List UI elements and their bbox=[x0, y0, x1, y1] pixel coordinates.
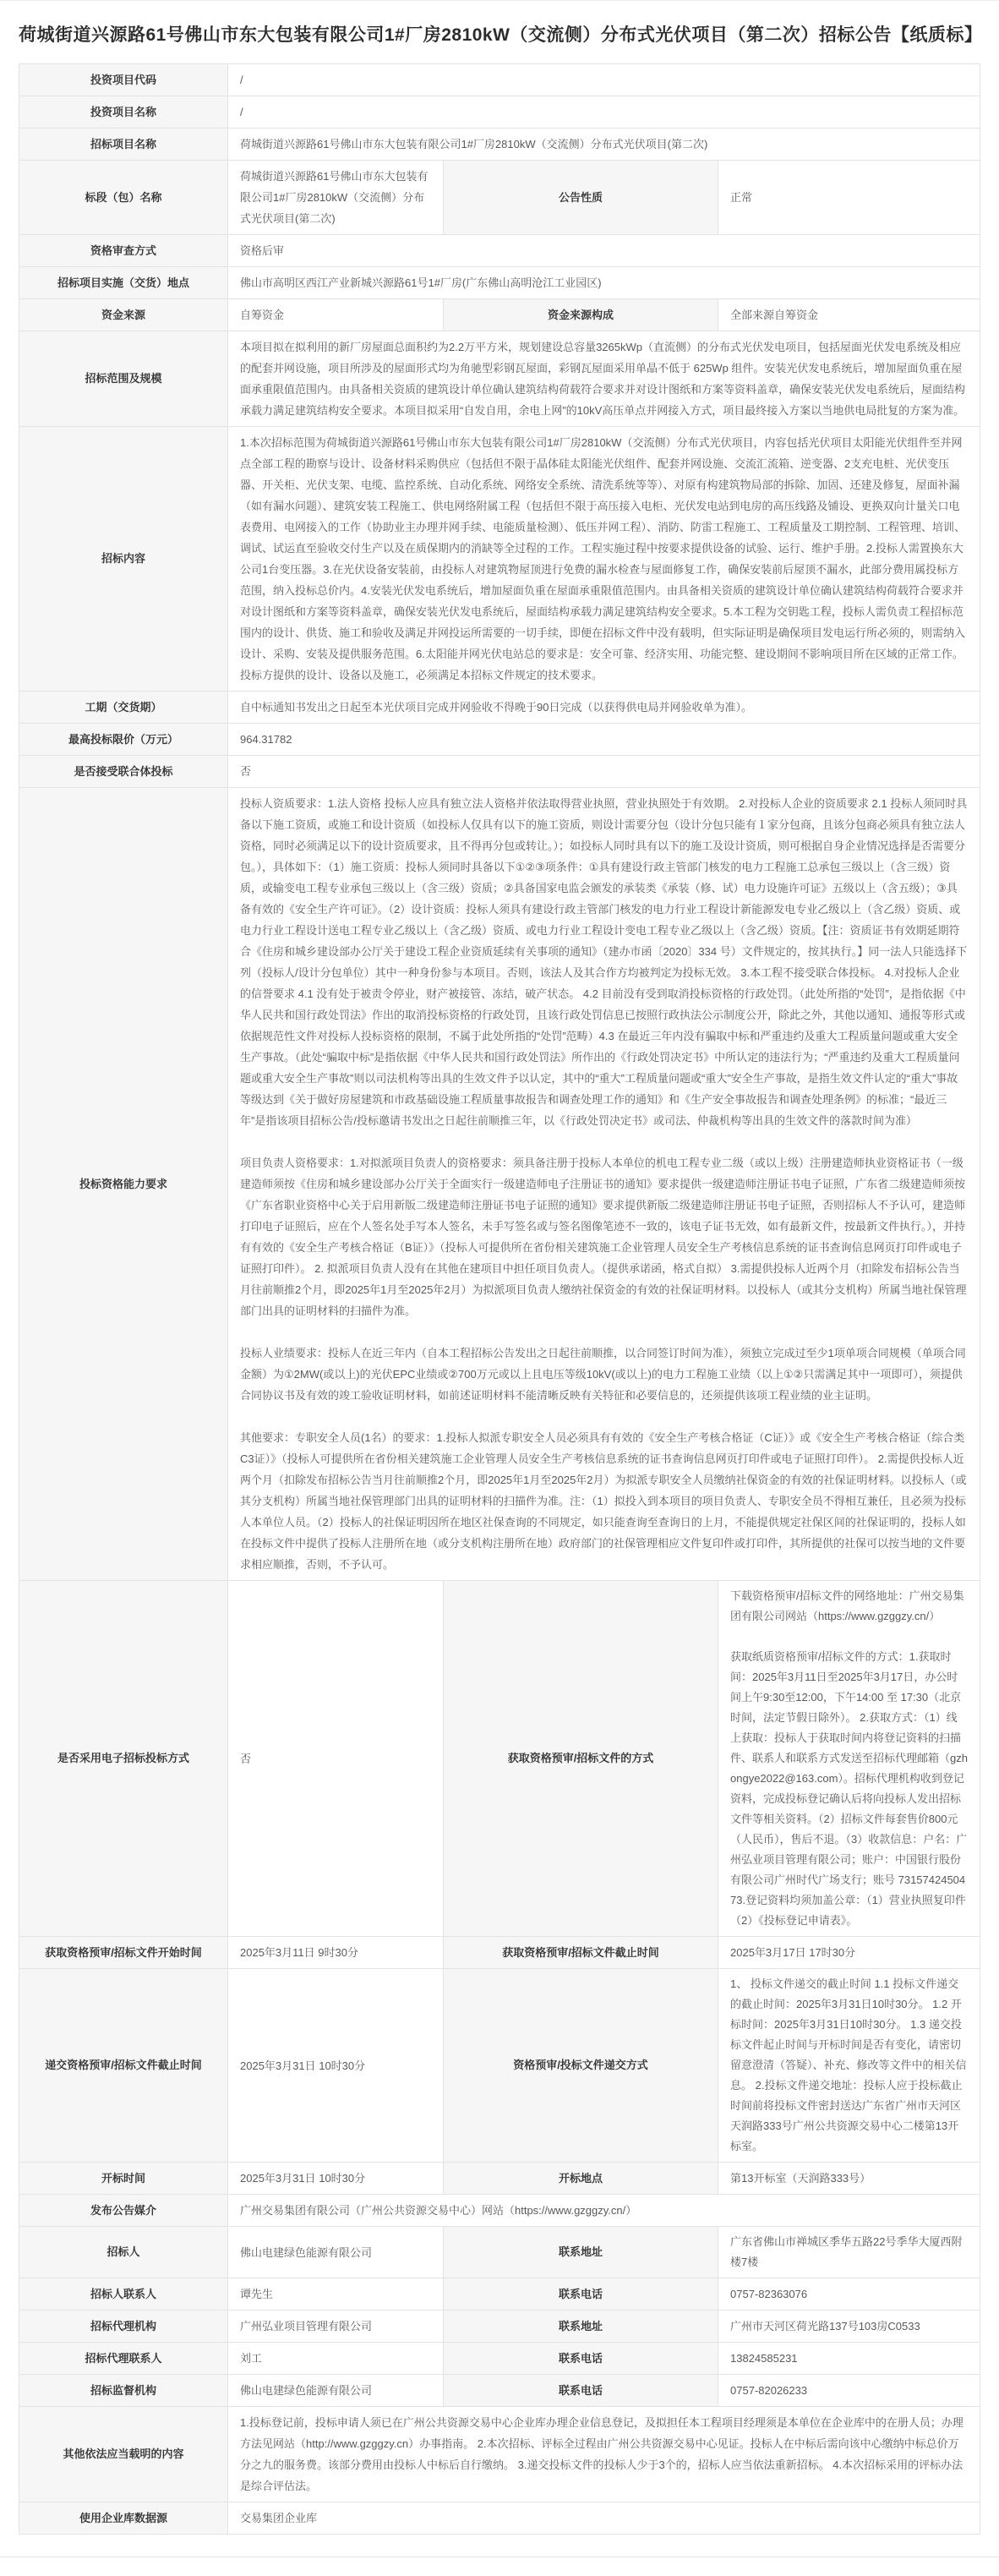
row-value-2: 0757-82026233 bbox=[718, 2375, 980, 2406]
row-value-text: 刘工 bbox=[240, 2348, 431, 2369]
table-row: 招标内容1.本次招标范围为荷城街道兴源路61号佛山市东大包装有限公司1#厂房28… bbox=[19, 427, 980, 692]
row-label: 招标监督机构 bbox=[19, 2375, 227, 2406]
table-row: 投资项目名称/ bbox=[19, 96, 980, 129]
table-row: 招标项目名称荷城街道兴源路61号佛山市东大包装有限公司1#厂房2810kW（交流… bbox=[19, 129, 980, 161]
row-label-2: 开标地点 bbox=[443, 2163, 718, 2194]
page-title: 荷城街道兴源路61号佛山市东大包装有限公司1#厂房2810kW（交流侧）分布式光… bbox=[19, 23, 980, 48]
row-value: 1.投标登记前，投标申请人须已在广州公共资源交易中心企业库办理企业信息登记，及拟… bbox=[227, 2407, 980, 2502]
row-value: 广州交易集团有限公司（广州公共资源交易中心）网站（https://www.gzg… bbox=[227, 2195, 980, 2226]
row-label-text: 招标项目名称 bbox=[90, 136, 156, 153]
footer-divider bbox=[0, 2557, 999, 2576]
row-label-text: 开标时间 bbox=[101, 2170, 145, 2187]
table-row: 发布公告媒介广州交易集团有限公司（广州公共资源交易中心）网站（https://w… bbox=[19, 2195, 980, 2227]
row-value-text: 自筹资金 bbox=[240, 304, 431, 325]
table-row: 开标时间2025年3月31日 10时30分开标地点第13开标室（天润路333号） bbox=[19, 2163, 980, 2195]
row-label-text: 是否接受联合体投标 bbox=[74, 763, 172, 780]
table-row: 招标代理联系人刘工联系电话13824585231 bbox=[19, 2343, 980, 2375]
row-value: 荷城街道兴源路61号佛山市东大包装有限公司1#厂房2810kW（交流侧）分布式光… bbox=[227, 161, 443, 234]
row-label: 工期（交货期） bbox=[19, 692, 227, 723]
table-row: 招标范围及规模本项目拟在拟利用的新厂房屋面总面积约为2.2万平方米，规划建设总容… bbox=[19, 331, 980, 427]
row-label-2-text: 联系地址 bbox=[559, 2318, 603, 2335]
row-value-text: 佛山电建绿色能源有限公司 bbox=[240, 2380, 431, 2401]
table-row: 使用企业库数据源交易集团企业库 bbox=[19, 2502, 980, 2535]
row-value-2: 全部来源自筹资金 bbox=[718, 299, 980, 331]
row-label-2-text: 联系电话 bbox=[559, 2286, 603, 2303]
row-label-text: 标段（包）名称 bbox=[85, 189, 161, 206]
row-value-2: 第13开标室（天润路333号） bbox=[718, 2163, 980, 2194]
row-label: 投资项目代码 bbox=[19, 64, 227, 96]
tender-info-table: 投资项目代码/投资项目名称/招标项目名称荷城街道兴源路61号佛山市东大包装有限公… bbox=[19, 63, 980, 2535]
row-value: 刘工 bbox=[227, 2343, 443, 2374]
row-label-2-text: 资金来源构成 bbox=[548, 307, 614, 324]
row-value-text: 964.31782 bbox=[240, 729, 968, 750]
page-top-divider bbox=[0, 0, 999, 1]
row-label: 资金来源 bbox=[19, 299, 227, 331]
row-label-text: 资格审查方式 bbox=[90, 243, 156, 260]
row-value: / bbox=[227, 64, 980, 96]
table-row: 招标人联系人谭先生联系电话0757-82363076 bbox=[19, 2278, 980, 2311]
row-label-text: 其他依法应当载明的内容 bbox=[63, 2446, 183, 2463]
row-value-text: 本项目拟在拟利用的新厂房屋面总面积约为2.2万平方米，规划建设总容量3265kW… bbox=[240, 336, 968, 421]
table-row: 标段（包）名称荷城街道兴源路61号佛山市东大包装有限公司1#厂房2810kW（交… bbox=[19, 161, 980, 235]
row-value-text: 佛山电建绿色能源有限公司 bbox=[240, 2242, 431, 2263]
row-value: 本项目拟在拟利用的新厂房屋面总面积约为2.2万平方米，规划建设总容量3265kW… bbox=[227, 331, 980, 426]
table-row: 资格审查方式资格后审 bbox=[19, 235, 980, 267]
row-value-2-text: 全部来源自筹资金 bbox=[730, 305, 968, 325]
row-value-2: 下载资格预审/招标文件的网络地址：广州交易集团有限公司网站（https://ww… bbox=[718, 1581, 980, 1936]
row-label-text: 招标范围及规模 bbox=[85, 370, 161, 387]
row-value: 投标人资质要求：1.法人资格 投标人应具有独立法人资格并依法取得营业执照，营业执… bbox=[227, 788, 980, 1580]
row-value-2: 1、 投标文件递交的截止时间 1.1 投标文件递交的截止时间：2025年3月31… bbox=[718, 1969, 980, 2162]
row-value-2-text: 0757-82026233 bbox=[730, 2381, 968, 2401]
row-label-2: 联系地址 bbox=[443, 2227, 718, 2278]
row-label-text: 招标代理机构 bbox=[90, 2318, 156, 2335]
row-label-2: 公告性质 bbox=[443, 161, 718, 234]
row-label: 招标项目实施（交货）地点 bbox=[19, 267, 227, 298]
row-value-2-text: 13824585231 bbox=[730, 2349, 968, 2369]
row-label: 开标时间 bbox=[19, 2163, 227, 2194]
table-row: 招标代理机构广州弘业项目管理有限公司联系地址广州市天河区荷光路137号103房C… bbox=[19, 2311, 980, 2343]
row-value: 佛山市高明区西江产业新城兴源路61号1#厂房(广东佛山高明沧江工业园区) bbox=[227, 267, 980, 298]
row-value-2-text: 1、 投标文件递交的截止时间 1.1 投标文件递交的截止时间：2025年3月31… bbox=[730, 1974, 968, 2157]
table-row: 投资项目代码/ bbox=[19, 64, 980, 96]
row-label-text: 投资项目名称 bbox=[90, 104, 156, 121]
row-value: 资格后审 bbox=[227, 235, 980, 266]
row-value: 广州弘业项目管理有限公司 bbox=[227, 2311, 443, 2342]
row-value-2-text: 2025年3月17日 17时30分 bbox=[730, 1943, 968, 1963]
row-value-2: 2025年3月17日 17时30分 bbox=[718, 1937, 980, 1968]
row-value-2-text: 第13开标室（天润路333号） bbox=[730, 2169, 968, 2189]
row-value-text: / bbox=[240, 101, 968, 123]
row-value: 2025年3月31日 10时30分 bbox=[227, 1969, 443, 2162]
row-label: 招标代理机构 bbox=[19, 2311, 227, 2342]
row-label-text: 最高投标限价（万元） bbox=[68, 731, 178, 748]
row-value-2: 广东省佛山市禅城区季华五路22号季华大厦西附楼7楼 bbox=[718, 2227, 980, 2278]
table-row: 是否接受联合体投标否 bbox=[19, 756, 980, 788]
row-label: 招标内容 bbox=[19, 427, 227, 691]
row-value-text: 广州交易集团有限公司（广州公共资源交易中心）网站（https://www.gzg… bbox=[240, 2200, 968, 2221]
row-label-text: 投标资格能力要求 bbox=[79, 1176, 167, 1193]
row-label-text: 招标人联系人 bbox=[90, 2286, 156, 2303]
row-label-2: 资格预审/投标文件递交方式 bbox=[443, 1969, 718, 2162]
row-label-2-text: 资格预审/投标文件递交方式 bbox=[513, 2057, 648, 2074]
row-value-text: / bbox=[240, 69, 968, 90]
row-value-2-text: 广州市天河区荷光路137号103房C0533 bbox=[730, 2316, 968, 2337]
row-label-2: 资金来源构成 bbox=[443, 299, 718, 331]
table-row: 获取资格预审/招标文件开始时间2025年3月11日 9时30分获取资格预审/招标… bbox=[19, 1937, 980, 1969]
row-value-text: 自中标通知书发出之日起至本光伏项目完成并网验收不得晚于90日完成（以获得供电局并… bbox=[240, 697, 968, 718]
table-row: 资金来源自筹资金资金来源构成全部来源自筹资金 bbox=[19, 299, 980, 331]
row-value-text: 1.投标登记前，投标申请人须已在广州公共资源交易中心企业库办理企业信息登记，及拟… bbox=[240, 2412, 968, 2497]
row-value-text: 交易集团企业库 bbox=[240, 2508, 968, 2529]
row-label-text: 资金来源 bbox=[101, 307, 145, 324]
row-value-text: 广州弘业项目管理有限公司 bbox=[240, 2316, 431, 2337]
row-value-text: 资格后审 bbox=[240, 240, 968, 261]
row-value: 否 bbox=[227, 756, 980, 787]
row-value: 荷城街道兴源路61号佛山市东大包装有限公司1#厂房2810kW（交流侧）分布式光… bbox=[227, 129, 980, 160]
row-value-text: 1.本次招标范围为荷城街道兴源路61号佛山市东大包装有限公司1#厂房2810kW… bbox=[240, 432, 968, 686]
row-value-2-text: 广东省佛山市禅城区季华五路22号季华大厦西附楼7楼 bbox=[730, 2232, 968, 2272]
row-label-text: 获取资格预审/招标文件开始时间 bbox=[45, 1944, 202, 1961]
table-row: 工期（交货期）自中标通知书发出之日起至本光伏项目完成并网验收不得晚于90日完成（… bbox=[19, 692, 980, 724]
row-value-2: 13824585231 bbox=[718, 2343, 980, 2374]
row-label-2: 联系地址 bbox=[443, 2311, 718, 2342]
row-label: 投资项目名称 bbox=[19, 96, 227, 128]
row-value: 交易集团企业库 bbox=[227, 2502, 980, 2534]
row-label: 招标代理联系人 bbox=[19, 2343, 227, 2374]
row-label: 招标人 bbox=[19, 2227, 227, 2278]
row-value-text: 佛山市高明区西江产业新城兴源路61号1#厂房(广东佛山高明沧江工业园区) bbox=[240, 272, 968, 293]
row-value: 谭先生 bbox=[227, 2278, 443, 2310]
row-value: 佛山电建绿色能源有限公司 bbox=[227, 2375, 443, 2406]
table-row: 招标人佛山电建绿色能源有限公司联系地址广东省佛山市禅城区季华五路22号季华大厦西… bbox=[19, 2227, 980, 2278]
row-value-text: 投标人资质要求：1.法人资格 投标人应具有独立法人资格并依法取得营业执照，营业执… bbox=[240, 793, 968, 1575]
row-label-text: 是否采用电子招标投标方式 bbox=[57, 1750, 189, 1767]
row-value-text: 否 bbox=[240, 1748, 431, 1769]
row-value-2: 正常 bbox=[718, 161, 980, 234]
row-label: 使用企业库数据源 bbox=[19, 2502, 227, 2534]
row-label: 其他依法应当载明的内容 bbox=[19, 2407, 227, 2502]
row-label-2-text: 获取资格预审/招标文件的方式 bbox=[508, 1750, 654, 1767]
row-value-text: 2025年3月31日 10时30分 bbox=[240, 2055, 431, 2076]
table-row: 递交资格预审/招标文件截止时间2025年3月31日 10时30分资格预审/投标文… bbox=[19, 1969, 980, 2163]
row-label-text: 招标人 bbox=[106, 2244, 139, 2261]
row-label-2-text: 公告性质 bbox=[559, 189, 603, 206]
row-label-2: 联系电话 bbox=[443, 2278, 718, 2310]
row-value: 佛山电建绿色能源有限公司 bbox=[227, 2227, 443, 2278]
row-label-2-text: 联系电话 bbox=[559, 2350, 603, 2367]
row-label-text: 发布公告媒介 bbox=[90, 2202, 156, 2219]
row-value-text: 荷城街道兴源路61号佛山市东大包装有限公司1#厂房2810kW（交流侧）分布式光… bbox=[240, 166, 431, 229]
row-label-2-text: 开标地点 bbox=[559, 2170, 603, 2187]
table-row: 是否采用电子招标投标方式否获取资格预审/招标文件的方式下载资格预审/招标文件的网… bbox=[19, 1581, 980, 1937]
row-label: 获取资格预审/招标文件开始时间 bbox=[19, 1937, 227, 1968]
row-value: 2025年3月31日 10时30分 bbox=[227, 2163, 443, 2194]
table-row: 招标项目实施（交货）地点佛山市高明区西江产业新城兴源路61号1#厂房(广东佛山高… bbox=[19, 267, 980, 299]
row-label: 发布公告媒介 bbox=[19, 2195, 227, 2226]
row-label: 递交资格预审/招标文件截止时间 bbox=[19, 1969, 227, 2162]
row-label: 招标项目名称 bbox=[19, 129, 227, 160]
row-value: 否 bbox=[227, 1581, 443, 1936]
row-label-2: 获取资格预审/招标文件截止时间 bbox=[443, 1937, 718, 1968]
row-value-text: 否 bbox=[240, 761, 968, 782]
row-value-2-text: 0757-82363076 bbox=[730, 2284, 968, 2305]
row-label-text: 工期（交货期） bbox=[85, 699, 161, 716]
table-row: 投标资格能力要求投标人资质要求：1.法人资格 投标人应具有独立法人资格并依法取得… bbox=[19, 788, 980, 1581]
row-value: 964.31782 bbox=[227, 724, 980, 755]
row-value-2: 0757-82363076 bbox=[718, 2278, 980, 2310]
table-row: 招标监督机构佛山电建绿色能源有限公司联系电话0757-82026233 bbox=[19, 2375, 980, 2407]
row-value-text: 2025年3月31日 10时30分 bbox=[240, 2168, 431, 2189]
row-label-2: 联系电话 bbox=[443, 2343, 718, 2374]
row-value: 1.本次招标范围为荷城街道兴源路61号佛山市东大包装有限公司1#厂房2810kW… bbox=[227, 427, 980, 691]
row-label: 是否接受联合体投标 bbox=[19, 756, 227, 787]
row-label: 投标资格能力要求 bbox=[19, 788, 227, 1580]
row-label: 资格审查方式 bbox=[19, 235, 227, 266]
table-row: 最高投标限价（万元）964.31782 bbox=[19, 724, 980, 756]
row-label-text: 招标监督机构 bbox=[90, 2382, 156, 2399]
row-label-text: 招标代理联系人 bbox=[85, 2350, 161, 2367]
row-value-text: 2025年3月11日 9时30分 bbox=[240, 1942, 431, 1963]
row-label-2: 获取资格预审/招标文件的方式 bbox=[443, 1581, 718, 1936]
row-value-2: 广州市天河区荷光路137号103房C0533 bbox=[718, 2311, 980, 2342]
row-label-2-text: 联系地址 bbox=[559, 2244, 603, 2261]
row-value-text: 谭先生 bbox=[240, 2283, 431, 2305]
row-label-2-text: 获取资格预审/招标文件截止时间 bbox=[502, 1944, 659, 1961]
row-label-text: 招标项目实施（交货）地点 bbox=[57, 275, 189, 292]
row-label-text: 递交资格预审/招标文件截止时间 bbox=[45, 2057, 202, 2074]
row-label-text: 投资项目代码 bbox=[90, 72, 156, 89]
table-row: 其他依法应当载明的内容1.投标登记前，投标申请人须已在广州公共资源交易中心企业库… bbox=[19, 2407, 980, 2502]
row-value-text: 荷城街道兴源路61号佛山市东大包装有限公司1#厂房2810kW（交流侧）分布式光… bbox=[240, 134, 968, 155]
row-value-2-text: 下载资格预审/招标文件的网络地址：广州交易集团有限公司网站（https://ww… bbox=[730, 1586, 968, 1931]
row-value-2-text: 正常 bbox=[730, 188, 968, 208]
row-label: 标段（包）名称 bbox=[19, 161, 227, 234]
row-value: / bbox=[227, 96, 980, 128]
row-label: 招标范围及规模 bbox=[19, 331, 227, 426]
row-value: 2025年3月11日 9时30分 bbox=[227, 1937, 443, 1968]
row-label-2: 联系电话 bbox=[443, 2375, 718, 2406]
row-value: 自筹资金 bbox=[227, 299, 443, 331]
row-label-2-text: 联系电话 bbox=[559, 2382, 603, 2399]
row-label: 招标人联系人 bbox=[19, 2278, 227, 2310]
row-value: 自中标通知书发出之日起至本光伏项目完成并网验收不得晚于90日完成（以获得供电局并… bbox=[227, 692, 980, 723]
row-label-text: 招标内容 bbox=[101, 550, 145, 567]
row-label: 最高投标限价（万元） bbox=[19, 724, 227, 755]
row-label-text: 使用企业库数据源 bbox=[79, 2510, 167, 2527]
row-label: 是否采用电子招标投标方式 bbox=[19, 1581, 227, 1936]
